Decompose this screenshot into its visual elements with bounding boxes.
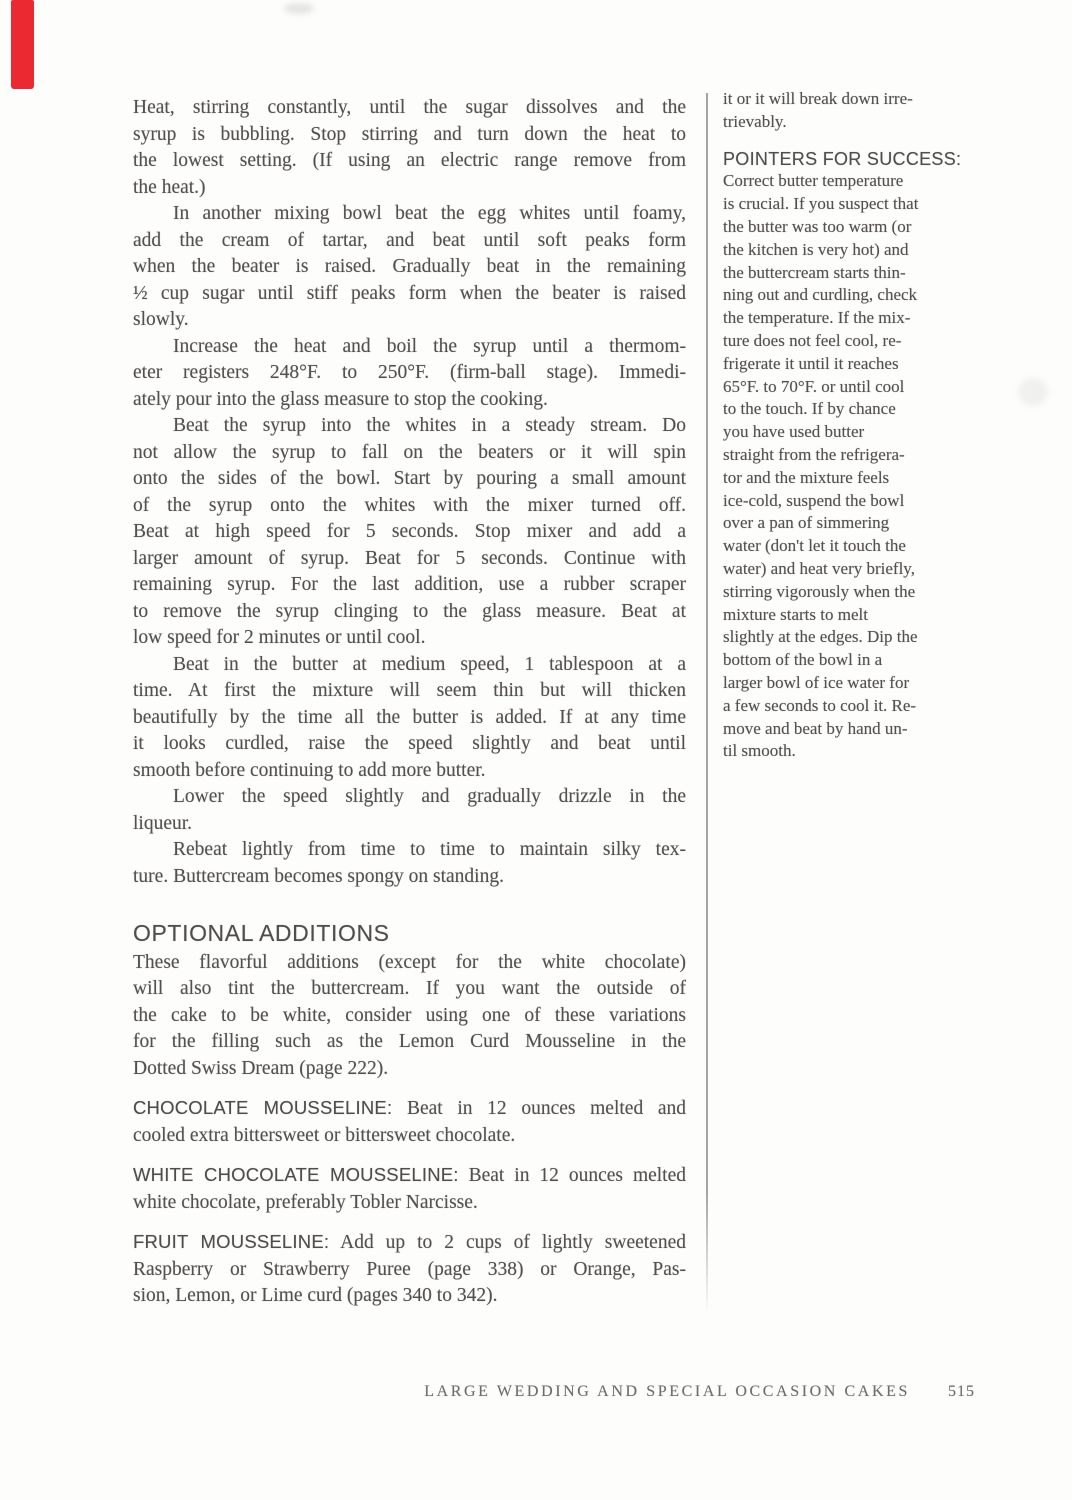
text-line: it looks curdled, raise the speed slight… [133, 731, 686, 758]
text-line: Rebeat lightly from time to time to main… [133, 837, 686, 864]
text-line: low speed for 2 minutes or until cool. [133, 625, 686, 652]
body-paragraph: Rebeat lightly from time to time to main… [133, 837, 686, 890]
body-paragraph: In another mixing bowl beat the egg whit… [133, 201, 686, 334]
text-line: for the filling such as the Lemon Curd M… [133, 1029, 686, 1056]
text-line: will also tint the buttercream. If you w… [133, 976, 686, 1003]
text-line: stirring vigorously when the [723, 581, 976, 604]
text-line: the butter was too warm (or [723, 216, 976, 239]
variation-fruit-mousseline: FRUIT MOUSSELINE: Add up to 2 cups of li… [133, 1229, 686, 1310]
variation-lead: CHOCOLATE MOUSSELINE: [133, 1097, 392, 1118]
text-line: the cake to be white, consider using one… [133, 1003, 686, 1030]
text-line: larger bowl of ice water for [723, 672, 976, 695]
column-divider-rule [706, 93, 708, 1315]
variation-text: Beat in 12 ounces melted and [407, 1098, 686, 1119]
text-line: Beat the syrup into the whites in a stea… [133, 413, 686, 440]
page-number: 515 [948, 1383, 975, 1401]
text-line: mixture starts to melt [723, 604, 976, 627]
text-line: you have used butter [723, 421, 976, 444]
variation-first-line: CHOCOLATE MOUSSELINE: Beat in 12 ounces … [133, 1095, 686, 1123]
text-line: Raspberry or Strawberry Puree (page 338)… [133, 1257, 686, 1284]
sidebar-continuation-paragraph: it or it will break down irre-trievably. [723, 88, 976, 134]
text-line: frigerate it until it reaches [723, 353, 976, 376]
text-line: water) and heat very briefly, [723, 558, 976, 581]
variation-lead: FRUIT MOUSSELINE: [133, 1231, 329, 1252]
variation-body: white chocolate, preferably Tobler Narci… [133, 1190, 686, 1217]
text-line: ture does not feel cool, re- [723, 330, 976, 353]
text-line: to remove the syrup clinging to the glas… [133, 599, 686, 626]
section-heading-optional-additions: OPTIONAL ADDITIONS [133, 920, 686, 947]
variation-first-line: FRUIT MOUSSELINE: Add up to 2 cups of li… [133, 1229, 686, 1257]
text-line: sion, Lemon, or Lime curd (pages 340 to … [133, 1283, 686, 1310]
text-line: beautifully by the time all the butter i… [133, 705, 686, 732]
text-line: bottom of the bowl in a [723, 649, 976, 672]
red-bookmark-tab [11, 0, 34, 89]
text-line: In another mixing bowl beat the egg whit… [133, 201, 686, 228]
body-paragraph: Lower the speed slightly and gradually d… [133, 784, 686, 837]
text-line: move and beat by hand un- [723, 718, 976, 741]
text-line: of the syrup onto the whites with the mi… [133, 493, 686, 520]
text-line: to the touch. If by chance [723, 398, 976, 421]
text-line: tor and the mixture feels [723, 467, 976, 490]
text-line: ice-cold, suspend the bowl [723, 490, 976, 513]
variation-text: Add up to 2 cups of lightly sweetened [340, 1232, 686, 1253]
text-line: add the cream of tartar, and beat until … [133, 228, 686, 255]
text-line: ately pour into the glass measure to sto… [133, 387, 686, 414]
variation-white-chocolate-mousseline: WHITE CHOCOLATE MOUSSELINE: Beat in 12 o… [133, 1162, 686, 1216]
page-footer: LARGE WEDDING AND SPECIAL OCCASION CAKES… [0, 1383, 975, 1401]
main-text-column: Heat, stirring constantly, until the sug… [133, 95, 686, 1310]
text-line: ning out and curdling, check [723, 284, 976, 307]
body-paragraph: Increase the heat and boil the syrup unt… [133, 334, 686, 414]
variation-first-line: WHITE CHOCOLATE MOUSSELINE: Beat in 12 o… [133, 1162, 686, 1190]
sidebar-body-paragraph: Correct butter temperatureis crucial. If… [723, 170, 976, 763]
sidebar-heading-pointers-for-success: POINTERS FOR SUCCESS: [723, 148, 976, 171]
sidebar-column: it or it will break down irre-trievably.… [723, 88, 976, 763]
text-line: over a pan of simmering [723, 512, 976, 535]
text-line: liqueur. [133, 811, 686, 838]
text-line: onto the sides of the bowl. Start by pou… [133, 466, 686, 493]
text-line: slowly. [133, 307, 686, 334]
text-line: the heat.) [133, 175, 686, 202]
text-line: white chocolate, preferably Tobler Narci… [133, 1190, 686, 1217]
body-paragraph: Beat the syrup into the whites in a stea… [133, 413, 686, 652]
text-line: Beat at high speed for 5 seconds. Stop m… [133, 519, 686, 546]
text-line: a few seconds to cool it. Re- [723, 695, 976, 718]
variation-body: Raspberry or Strawberry Puree (page 338)… [133, 1257, 686, 1310]
text-line: These flavorful additions (except for th… [133, 950, 686, 977]
text-line: the temperature. If the mix- [723, 307, 976, 330]
text-line: straight from the refrigera- [723, 444, 976, 467]
variation-body: cooled extra bittersweet or bittersweet … [133, 1123, 686, 1150]
text-line: cooled extra bittersweet or bittersweet … [133, 1123, 686, 1150]
variation-lead: WHITE CHOCOLATE MOUSSELINE: [133, 1164, 459, 1185]
text-line: water (don't let it touch the [723, 535, 976, 558]
text-line: the buttercream starts thin- [723, 262, 976, 285]
variation-text: Beat in 12 ounces melted [469, 1165, 686, 1186]
text-line: Increase the heat and boil the syrup unt… [133, 334, 686, 361]
body-paragraph: Heat, stirring constantly, until the sug… [133, 95, 686, 201]
optional-additions-intro: These flavorful additions (except for th… [133, 950, 686, 1083]
body-paragraph: Beat in the butter at medium speed, 1 ta… [133, 652, 686, 785]
footer-running-title: LARGE WEDDING AND SPECIAL OCCASION CAKES [424, 1383, 910, 1401]
text-line: til smooth. [723, 740, 976, 763]
text-line: slightly at the edges. Dip the [723, 626, 976, 649]
text-line: ½ cup sugar until stiff peaks form when … [133, 281, 686, 308]
text-line: not allow the syrup to fall on the beate… [133, 440, 686, 467]
variation-chocolate-mousseline: CHOCOLATE MOUSSELINE: Beat in 12 ounces … [133, 1095, 686, 1149]
text-line: ture. Buttercream becomes spongy on stan… [133, 864, 686, 891]
text-line: time. At first the mixture will seem thi… [133, 678, 686, 705]
text-line: it or it will break down irre- [723, 88, 976, 111]
text-line: remaining syrup. For the last addition, … [133, 572, 686, 599]
text-line: when the beater is raised. Gradually bea… [133, 254, 686, 281]
text-line: syrup is bubbling. Stop stirring and tur… [133, 122, 686, 149]
text-line: Lower the speed slightly and gradually d… [133, 784, 686, 811]
text-line: eter registers 248°F. to 250°F. (firm-ba… [133, 360, 686, 387]
text-line: Correct butter temperature [723, 170, 976, 193]
text-line: Heat, stirring constantly, until the sug… [133, 95, 686, 122]
text-line: Beat in the butter at medium speed, 1 ta… [133, 652, 686, 679]
text-line: larger amount of syrup. Beat for 5 secon… [133, 546, 686, 573]
text-line: the kitchen is very hot) and [723, 239, 976, 262]
text-line: trievably. [723, 111, 976, 134]
text-line: 65°F. to 70°F. or until cool [723, 376, 976, 399]
text-line: is crucial. If you suspect that [723, 193, 976, 216]
text-line: the lowest setting. (If using an electri… [133, 148, 686, 175]
scan-smudge [284, 3, 314, 14]
text-line: Dotted Swiss Dream (page 222). [133, 1056, 686, 1083]
scan-smudge [1018, 378, 1048, 406]
text-line: smooth before continuing to add more but… [133, 758, 686, 785]
